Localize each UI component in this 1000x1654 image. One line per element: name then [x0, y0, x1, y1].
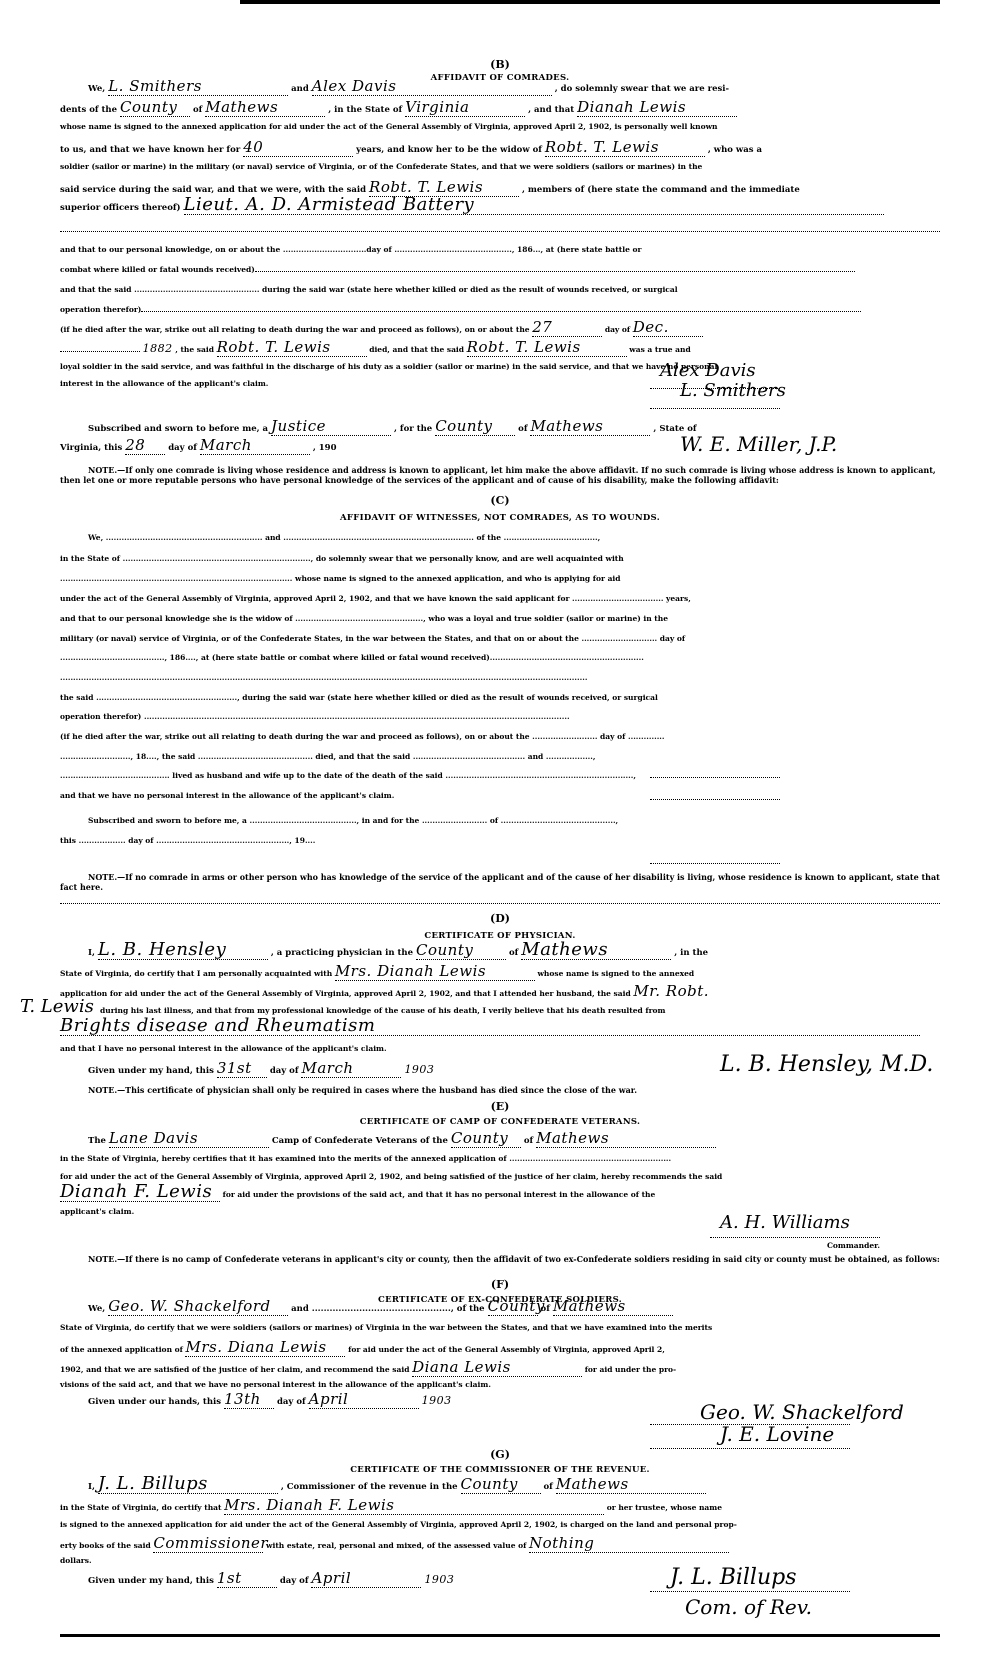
label: years, and know her to be the widow of — [356, 145, 542, 155]
d-physician-signature: L. B. Hensley, M.D. — [720, 1052, 933, 1077]
label: , in the State of — [328, 105, 402, 115]
label: of the — [457, 1304, 485, 1314]
label: 1902, and that we are satisfied of the j… — [60, 1365, 409, 1374]
section-g-letter: (G) — [60, 1448, 940, 1462]
years-known-value: 40 — [243, 141, 263, 153]
b-line-12: operation therefor) — [60, 304, 940, 316]
camp-value: Lane Davis — [109, 1132, 198, 1144]
f-given-month-value: April — [309, 1393, 349, 1405]
d-given-day-value: 31st — [217, 1062, 252, 1074]
label: whose name is signed to the annexed — [537, 969, 694, 978]
comrade1-field: L. Smithers — [108, 80, 288, 96]
e-commander-label: Commander. — [60, 1240, 880, 1252]
label: We, — [88, 1304, 105, 1314]
label: Given under my hand, this — [88, 1066, 214, 1076]
husband-value: Mr. Robt. — [633, 985, 709, 997]
label: dents of the — [60, 105, 117, 115]
b-blank-rule — [60, 230, 940, 232]
b-line-7: superior officers thereof) Lieut. A. D. … — [60, 199, 940, 215]
g-line-5: dollars. — [60, 1555, 940, 1567]
label: of — [193, 105, 202, 115]
d-line-5: Brights disease and Rheumatism — [60, 1020, 940, 1036]
section-c: (C) AFFIDAVIT OF WITNESSES, NOT COMRADES… — [60, 494, 940, 524]
comrade2-field: Alex Davis — [312, 80, 552, 96]
f-signature-1: Geo. W. Shackelford — [700, 1400, 904, 1424]
f-given-year-value: 1903 — [422, 1395, 452, 1407]
b-line-10: combat where killed or fatal wounds rece… — [60, 264, 940, 276]
label: The — [88, 1136, 106, 1146]
label: day of — [168, 443, 197, 453]
b-line-2: dents of the County of Mathews , in the … — [60, 101, 940, 117]
e-line-2: in the State of Virginia, hereby certifi… — [60, 1153, 940, 1165]
with-said-value: Robt. T. Lewis — [369, 181, 483, 193]
label: , do solemnly swear that we are resi- — [555, 84, 729, 94]
c-line: ........................................… — [60, 652, 940, 664]
e-note: NOTE.—If there is no camp of Confederate… — [60, 1254, 940, 1264]
label: (if he died after the war, strike out al… — [60, 325, 530, 334]
e-place-value: Mathews — [536, 1132, 609, 1144]
sig-line — [650, 1590, 850, 1592]
scan-bottom-edge — [60, 1634, 940, 1637]
b-line-4: to us, and that we have known her for 40… — [60, 141, 940, 157]
f-jurisdiction-value: County — [488, 1300, 545, 1312]
certify-that-value: Mrs. Dianah F. Lewis — [224, 1499, 394, 1511]
c-line: the said ...............................… — [60, 692, 940, 704]
section-c-letter: (C) — [60, 494, 940, 508]
b-line-13: (if he died after the war, strike out al… — [60, 321, 940, 337]
label: , 190 — [313, 443, 337, 453]
label: State of Virginia, do certify that I am … — [60, 969, 332, 978]
physician-value: L. B. Hensley — [98, 944, 226, 956]
comrade2-value: Alex Davis — [312, 80, 397, 92]
section-b-letter: (B) — [60, 58, 940, 72]
label: application for aid under the act of the… — [60, 989, 631, 998]
label: I, — [88, 948, 95, 958]
d-given-month-value: March — [301, 1062, 353, 1074]
section-f-letter: (F) — [60, 1278, 940, 1292]
books-of-value: Commissioner — [153, 1537, 268, 1549]
commissioner-value: J. L. Billups — [98, 1478, 208, 1490]
c-sworn-line-2: this .................. day of .........… — [60, 835, 940, 847]
label: I, — [88, 1482, 95, 1492]
b-signature-2: L. Smithers — [680, 380, 786, 401]
d-place-value: Mathews — [521, 944, 608, 956]
widow-of-value: Robt. T. Lewis — [545, 141, 659, 153]
soldier1-value: Geo. W. Shackelford — [108, 1300, 270, 1312]
section-e-title: CERTIFICATE OF CAMP OF CONFEDERATE VETER… — [60, 1116, 940, 1128]
f-line-1: We, Geo. W. Shackelford and ............… — [60, 1300, 968, 1316]
g-given-year-value: 1903 — [424, 1574, 454, 1586]
b-line-1: We, L. Smithers and Alex Davis , do sole… — [60, 80, 968, 96]
c-line: (if he died after the war, strike out al… — [60, 731, 940, 743]
death-month-value: Dec. — [633, 321, 669, 333]
label: for aid under the provisions of the said… — [223, 1190, 656, 1199]
died-name-value: Robt. T. Lewis — [217, 341, 331, 353]
label: day of — [605, 325, 630, 334]
command-value: Lieut. A. D. Armistead Battery — [184, 199, 475, 211]
d-note: NOTE.—This certificate of physician shal… — [60, 1085, 940, 1095]
recommended-value: Dianah F. Lewis — [60, 1186, 212, 1198]
e-line-4: Dianah F. Lewis for aid under the provis… — [60, 1186, 940, 1202]
recommend-value: Diana Lewis — [412, 1361, 511, 1373]
soldier-name-value: Robt. T. Lewis — [467, 341, 581, 353]
sig-line — [710, 1236, 880, 1238]
g-line-4: erty books of the said Commissioner with… — [60, 1537, 940, 1553]
sworn-title-value: Justice — [271, 420, 326, 432]
label: was a true and — [629, 345, 690, 354]
label: , a practicing physician in the — [271, 948, 413, 958]
g-given-month-value: April — [311, 1572, 351, 1584]
f-line-3: of the annexed application of Mrs. Diana… — [60, 1341, 940, 1357]
section-d-letter: (D) — [60, 912, 940, 926]
label: , in the — [674, 948, 708, 958]
label: superior officers thereof) — [60, 203, 181, 213]
sworn-month-value: March — [200, 439, 252, 451]
f-place-value: Mathews — [553, 1300, 626, 1312]
label: combat where killed or fatal wounds rece… — [60, 265, 255, 274]
section-e: (E) CERTIFICATE OF CAMP OF CONFEDERATE V… — [60, 1100, 940, 1128]
b-line-5: soldier (sailor or marine) in the milita… — [60, 161, 940, 173]
label: for aid under the act of the General Ass… — [348, 1345, 665, 1354]
label: or her trustee, whose name — [607, 1503, 722, 1512]
residence-place-value: Mathews — [205, 101, 278, 113]
section-c-title: AFFIDAVIT OF WITNESSES, NOT COMRADES, AS… — [60, 512, 940, 524]
section-g: (G) CERTIFICATE OF THE COMMISSIONER OF T… — [60, 1448, 940, 1476]
label: of — [509, 948, 518, 958]
label: , for the — [394, 424, 432, 434]
label: erty books of the said — [60, 1541, 151, 1550]
application-of-value: Mrs. Diana Lewis — [185, 1341, 326, 1353]
label: Given under my hand, this — [88, 1576, 214, 1586]
label: day of — [280, 1576, 309, 1586]
label: with estate, real, personal and mixed, o… — [266, 1541, 526, 1550]
c-line: ........................................… — [60, 770, 940, 782]
label: for aid under the pro- — [585, 1365, 676, 1374]
label: , Commissioner of the revenue in the — [281, 1482, 458, 1492]
c-line: We, ....................................… — [60, 532, 968, 544]
pension-application-page: (B) AFFIDAVIT OF COMRADES. We, L. Smithe… — [60, 0, 940, 1654]
label: Camp of Confederate Veterans of the — [272, 1136, 448, 1146]
section-d: (D) CERTIFICATE OF PHYSICIAN. — [60, 912, 940, 942]
label: , the said — [175, 345, 214, 354]
state-value: Virginia — [405, 101, 469, 113]
assessed-value: Nothing — [529, 1537, 594, 1549]
comrade1-value: L. Smithers — [108, 80, 202, 92]
b-sworn-signature: W. E. Miller, J.P. — [680, 432, 837, 456]
f-given-day-value: 13th — [224, 1393, 261, 1405]
c-line: ........................................… — [60, 573, 940, 585]
c-blank-rule — [60, 902, 940, 904]
sworn-jurisdiction-value: County — [435, 420, 492, 432]
label: Given under our hands, this — [88, 1397, 221, 1407]
c-note: NOTE.—If no comrade in arms or other per… — [60, 872, 940, 892]
applicant-value: Dianah Lewis — [577, 101, 686, 113]
g-line-3: is signed to the annexed application for… — [60, 1519, 940, 1531]
label: of — [541, 1304, 550, 1314]
b-line-14: 1882 , the said Robt. T. Lewis died, and… — [60, 341, 940, 357]
g-line-2: in the State of Virginia, do certify tha… — [60, 1499, 940, 1515]
g-line-1: I, J. L. Billups , Commissioner of the r… — [60, 1478, 968, 1494]
e-commander-signature: A. H. Williams — [720, 1212, 850, 1233]
c-line: operation therefor) ....................… — [60, 711, 940, 723]
d-line-3: application for aid under the act of the… — [60, 985, 940, 1000]
b-signature-1: Alex Davis — [660, 360, 756, 381]
label: and ....................................… — [291, 1304, 454, 1314]
c-line: in the State of ........................… — [60, 553, 940, 565]
f-line-2: State of Virginia, do certify that we we… — [60, 1322, 940, 1334]
residence-type-value: County — [120, 101, 177, 113]
c-line: ..........................., 18...., the… — [60, 751, 940, 763]
death-cause-value: Brights disease and Rheumatism — [60, 1020, 375, 1032]
g-place-value: Mathews — [556, 1478, 629, 1490]
label: operation therefor) — [60, 305, 141, 314]
label: , who was a — [708, 145, 762, 155]
label: died, and that the said — [369, 345, 464, 354]
c-line: ........................................… — [60, 672, 940, 684]
label: in the State of Virginia, do certify tha… — [60, 1503, 222, 1512]
f-line-4: 1902, and that we are satisfied of the j… — [60, 1361, 940, 1377]
d-line-2: State of Virginia, do certify that I am … — [60, 965, 940, 981]
c-line: and that we have no personal interest in… — [60, 790, 940, 802]
label: , and that — [528, 105, 574, 115]
sworn-place-value: Mathews — [530, 420, 603, 432]
f-line-5: visions of the said act, and that we hav… — [60, 1379, 940, 1391]
sworn-day-value: 28 — [125, 439, 145, 451]
label: Subscribed and sworn to before me, a — [88, 424, 268, 434]
b-line-16: interest in the allowance of the applica… — [60, 378, 940, 390]
c-line: and that to our personal knowledge she i… — [60, 613, 940, 625]
d-jurisdiction-value: County — [416, 944, 473, 956]
label: of — [524, 1136, 533, 1146]
label: of the annexed application of — [60, 1345, 183, 1354]
d-line-1: I, L. B. Hensley , a practicing physicia… — [60, 944, 968, 960]
b-line-9: and that to our personal knowledge, on o… — [60, 244, 940, 256]
label: to us, and that we have known her for — [60, 145, 240, 155]
label: , members of (here state the command and… — [522, 185, 800, 195]
label: day of — [277, 1397, 306, 1407]
label: and — [291, 84, 309, 94]
b-line-3: whose name is signed to the annexed appl… — [60, 121, 940, 133]
label: Virginia, this — [60, 443, 122, 453]
death-day-value: 27 — [532, 321, 552, 333]
d-given-year-value: 1903 — [404, 1064, 434, 1076]
b-line-15: loyal soldier in the said service, and w… — [60, 361, 940, 373]
acquainted-with-value: Mrs. Dianah Lewis — [335, 965, 486, 977]
death-year-value: 1882 — [143, 343, 173, 355]
label: day of — [270, 1066, 299, 1076]
e-jurisdiction-value: County — [451, 1132, 508, 1144]
g-jurisdiction-value: County — [461, 1478, 518, 1490]
label: of — [543, 1482, 552, 1492]
section-e-letter: (E) — [60, 1100, 940, 1114]
b-note: NOTE.—If only one comrade is living whos… — [60, 465, 940, 485]
g-given-day-value: 1st — [217, 1572, 242, 1584]
label: We, — [88, 84, 105, 94]
e-line-1: The Lane Davis Camp of Confederate Veter… — [60, 1132, 968, 1148]
f-signature-2: J. E. Lovine — [720, 1422, 834, 1446]
label: of — [518, 424, 527, 434]
c-line: under the act of the General Assembly of… — [60, 593, 940, 605]
c-sworn-line-1: Subscribed and sworn to before me, a ...… — [60, 815, 968, 827]
b-line-11: and that the said ......................… — [60, 284, 940, 296]
g-given-line: Given under my hand, this 1st day of Apr… — [60, 1572, 968, 1588]
c-line: military (or naval) service of Virginia,… — [60, 633, 940, 645]
sig-line — [650, 407, 780, 409]
g-signature-title: Com. of Rev. — [685, 1595, 812, 1619]
sig-line — [650, 862, 780, 864]
g-commissioner-signature: J. L. Billups — [670, 1565, 797, 1590]
